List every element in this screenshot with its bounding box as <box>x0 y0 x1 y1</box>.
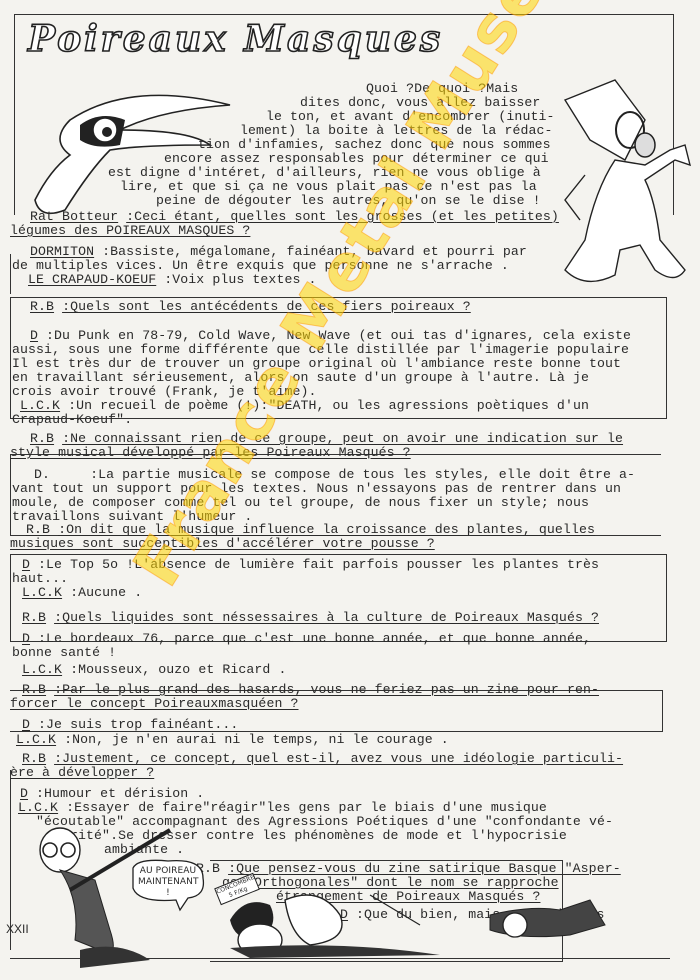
speaker: L.C.K <box>22 662 62 677</box>
question-6-line-2: forcer le concept Poireauxmasquéen ? <box>10 697 299 712</box>
speaker: D. <box>34 467 50 482</box>
speaker: L.C.K <box>20 398 60 413</box>
answer-1b: LE CRAPAUD-KOEUF :Voix plus textes . <box>28 273 317 288</box>
speech-bubble-text: AU POIREAU MAINTENANT ! <box>138 866 198 899</box>
answer-6b: L.C.K :Non, je n'en aurai ni le temps, n… <box>16 733 449 748</box>
speaker: D <box>22 557 30 572</box>
speaker: DORMITON <box>30 244 94 259</box>
question-4-line-2: musiques sont succeptibles d'accélérer v… <box>10 537 435 552</box>
speaker: L.C.K <box>18 800 58 815</box>
speaker: R.B <box>30 431 54 446</box>
question-1-line-2: légumes des POIREAUX MASQUES ? <box>10 224 250 239</box>
answer-4b: L.C.K :Aucune . <box>22 586 142 601</box>
page-number: XXII <box>6 922 29 936</box>
speaker: R.B <box>22 682 46 697</box>
answer-5a-line-2: bonne santé ! <box>12 646 116 661</box>
zine-title: Poireaux Masques <box>28 18 443 60</box>
gas-mask-figure-illustration-icon <box>545 70 695 310</box>
zine-page: Poireaux Masques Quoi ?De quoi ?Mais dit… <box>0 0 700 980</box>
answer-4a: D :Le Top 5o !L'absence de lumière fait … <box>22 558 599 573</box>
speaker: R.B <box>26 522 50 537</box>
speaker: L.C.K <box>16 732 56 747</box>
speaker: D <box>22 631 30 646</box>
fallen-figures-illustration-icon <box>190 880 650 960</box>
question-7-line-2: ère à développer ? <box>10 766 154 781</box>
question-2: R.B :Quels sont les antécédents de ces f… <box>30 300 471 315</box>
speaker: R.B <box>22 751 46 766</box>
speaker: Rat Botteur <box>30 209 118 224</box>
speaker: R.B <box>22 610 46 625</box>
question-5: R.B :Quels liquides sont néssessaires à … <box>22 611 599 626</box>
speaker: D <box>30 328 38 343</box>
speaker: LE CRAPAUD-KOEUF <box>28 272 156 287</box>
answer-5b: L.C.K :Mousseux, ouzo et Ricard . <box>22 663 286 678</box>
speaker: R.B <box>30 299 54 314</box>
answer-2b-line-2: Crapaud-Koeuf". <box>12 413 132 428</box>
speaker: L.C.K <box>22 585 62 600</box>
answer-6a: D :Je suis trop fainéant... <box>22 718 238 733</box>
speaker: D <box>20 786 28 801</box>
section-frame-1 <box>10 254 11 294</box>
speaker: D <box>22 717 30 732</box>
